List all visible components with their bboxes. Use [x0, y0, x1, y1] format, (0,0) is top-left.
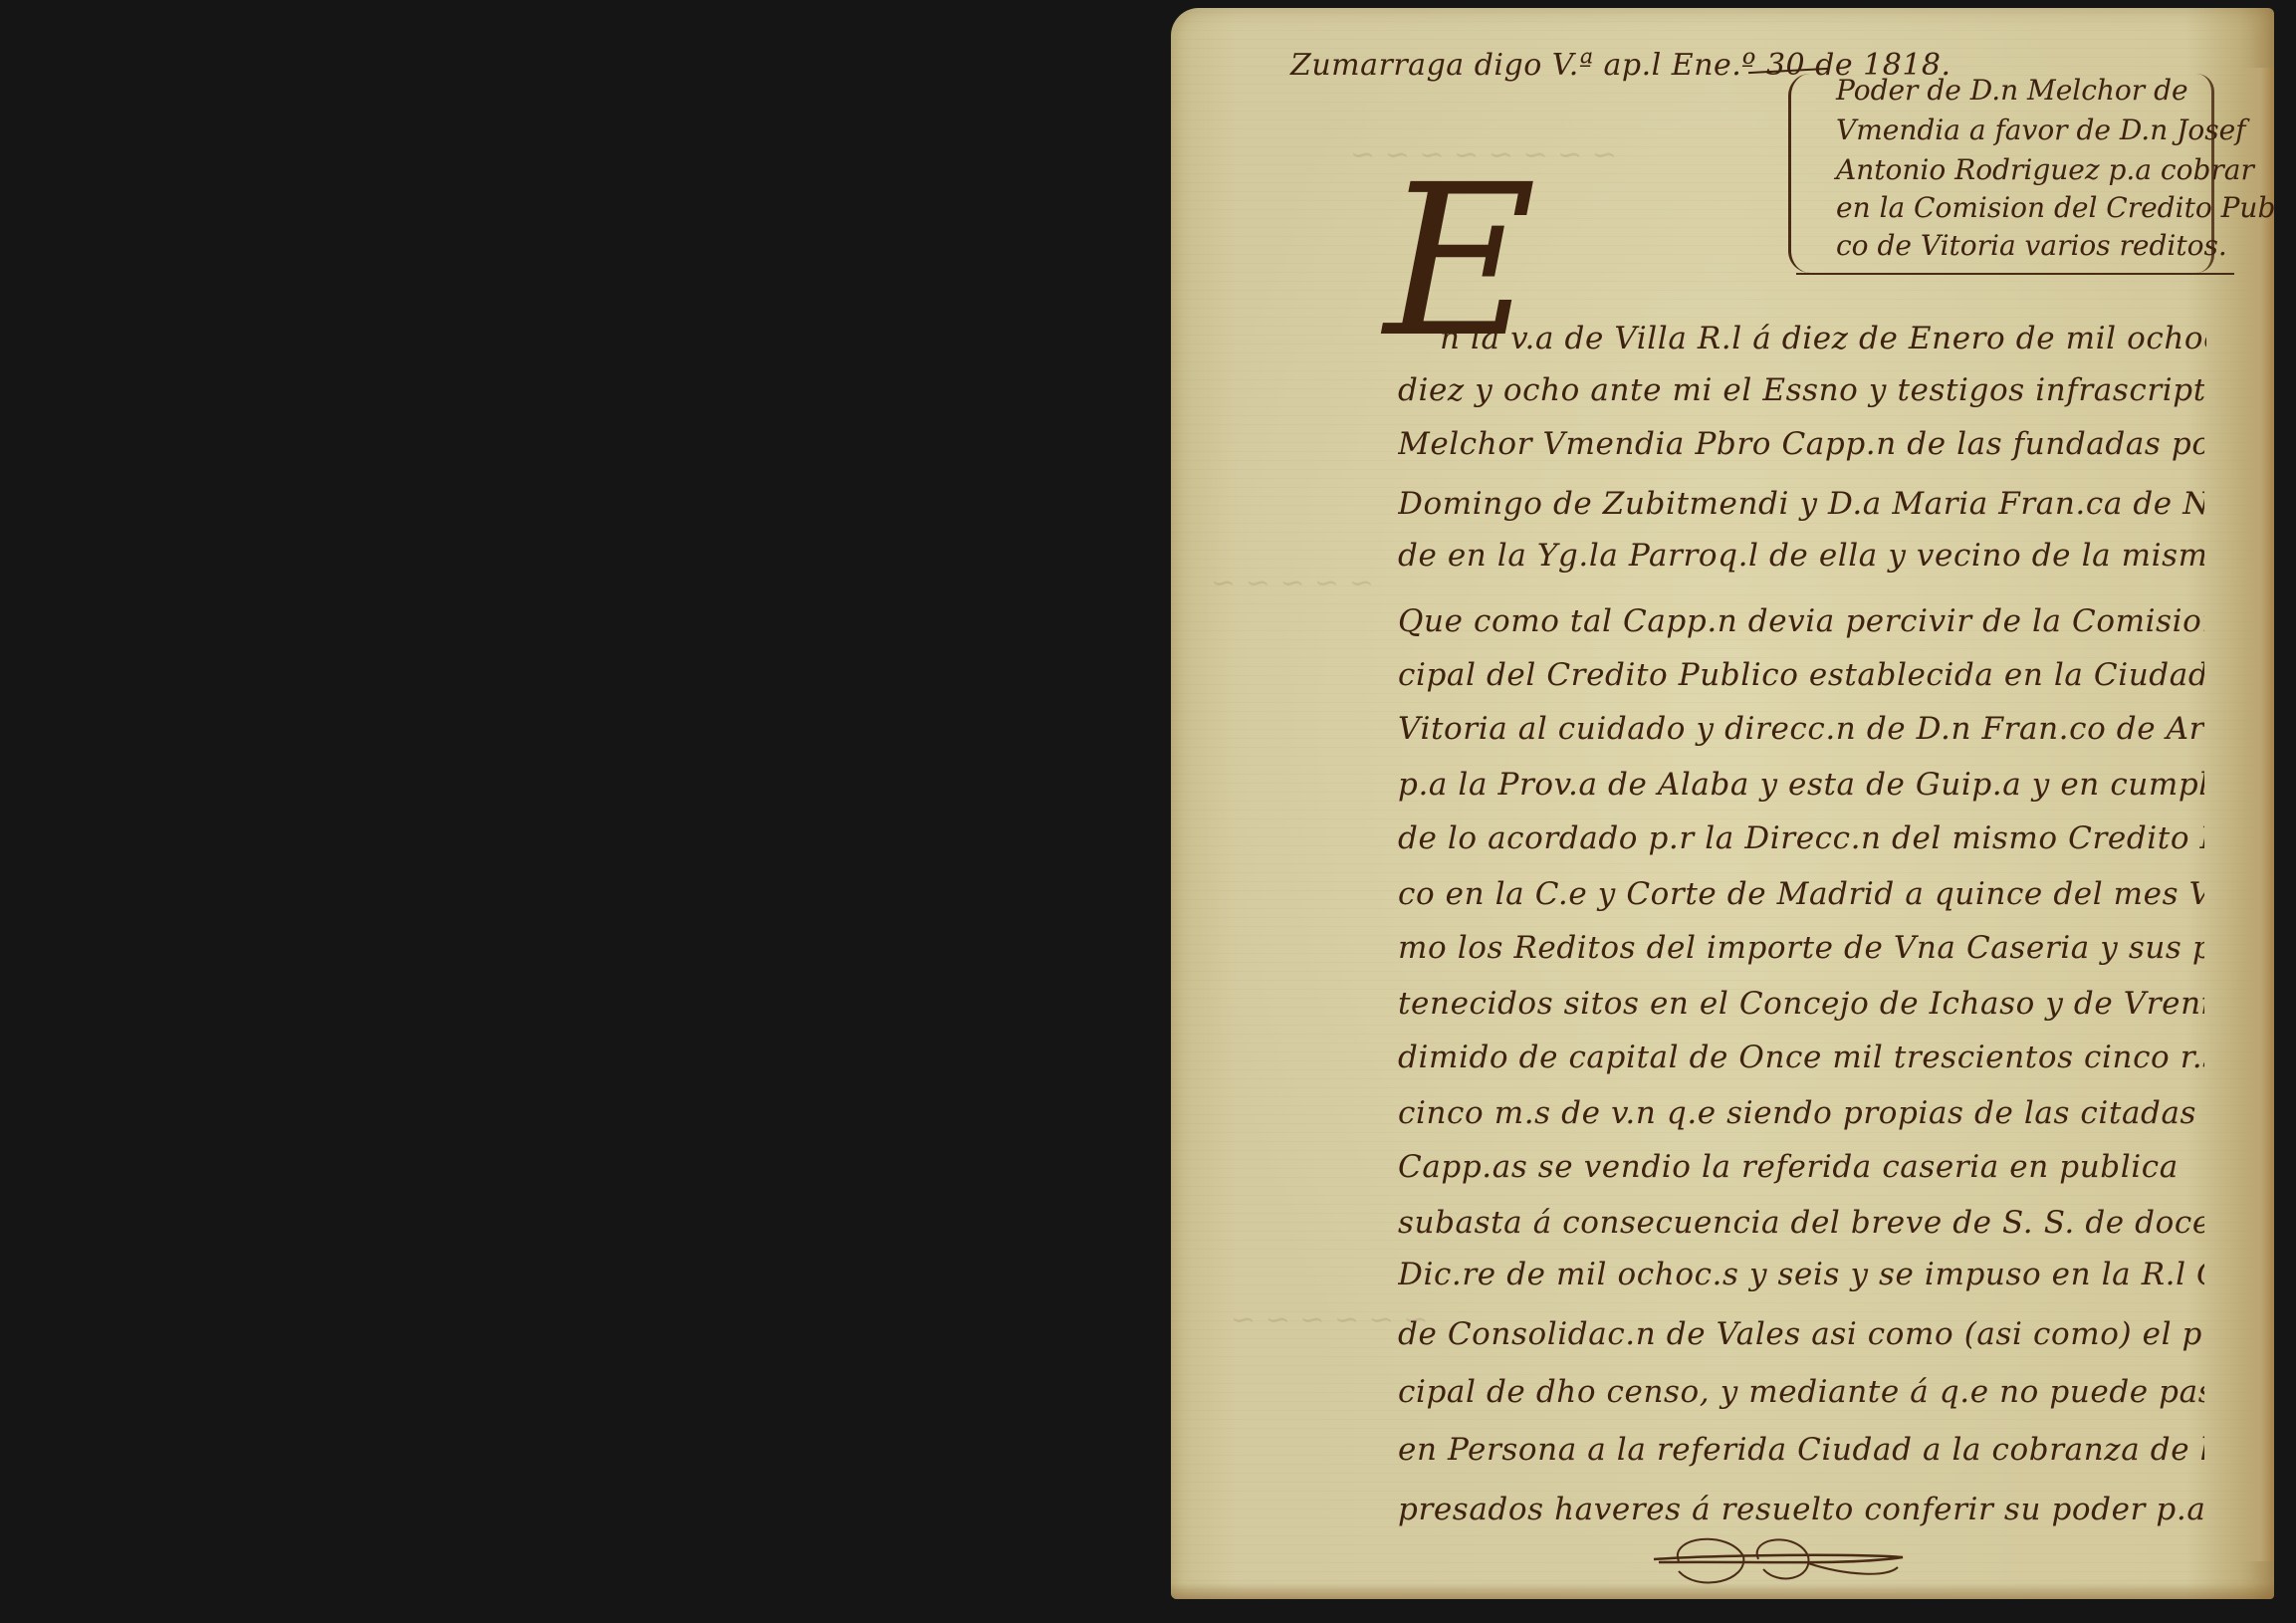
body-line: Melchor Vmendia Pbro Capp.n de las funda…: [1398, 424, 2204, 464]
body-line: n la v.a de Villa R.l á diez de Enero de…: [1440, 319, 2206, 358]
document-viewer: ~ ~ ~ ~ ~ ~ ~ ~ ~ ~ ~ ~ ~ ~ ~ ~ ~ ~ ~ Zu…: [0, 0, 2296, 1623]
summary-line: Antonio Rodriguez p.a cobrar: [1836, 153, 2254, 186]
body-line: cipal de dho censo, y mediante á q.e no …: [1398, 1372, 2204, 1412]
body-line: cinco m.s de v.n q.e siendo propias de l…: [1398, 1093, 2204, 1133]
summary-line: Poder de D.n Melchor de: [1836, 74, 2188, 107]
body-line: p.a la Prov.a de Alaba y esta de Guip.a …: [1398, 765, 2204, 805]
body-line: co en la C.e y Corte de Madrid a quince …: [1398, 874, 2204, 914]
body-line: de lo acordado p.r la Direcc.n del mismo…: [1398, 818, 2204, 858]
closing-rubric-flourish: [1649, 1531, 1908, 1591]
body-line: subasta á consecuencia del breve de S. S…: [1398, 1203, 2204, 1243]
body-line: diez y ocho ante mi el Essno y testigos …: [1398, 370, 2204, 410]
body-line: Capp.as se vendio la referida caseria en…: [1398, 1147, 2204, 1187]
body-line: de Consolidac.n de Vales asi como (asi c…: [1398, 1314, 2204, 1354]
body-line: dimido de capital de Once mil tresciento…: [1398, 1038, 2204, 1077]
body-line: cipal del Credito Publico establecida en…: [1398, 655, 2204, 695]
summary-line: en la Comision del Credito Publi-: [1836, 191, 2274, 224]
body-line: de en la Yg.la Parroq.l de ella y vecino…: [1398, 536, 2204, 576]
body-line: en Persona a la referida Ciudad a la cob…: [1398, 1430, 2204, 1470]
page-edge-fold: [2240, 68, 2274, 1561]
summary-line: co de Vitoria varios reditos.: [1836, 229, 2227, 262]
body-line: Vitoria al cuidado y direcc.n de D.n Fra…: [1398, 709, 2204, 749]
left-brace: [1788, 74, 1813, 273]
body-line: Domingo de Zubitmendi y D.a Maria Fran.c…: [1398, 484, 2204, 524]
bleed-through-text: ~ ~ ~ ~ ~: [1211, 566, 1374, 600]
marginal-summary-box: Poder de D.n Melchor de Vmendia a favor …: [1796, 54, 2234, 275]
manuscript-page: ~ ~ ~ ~ ~ ~ ~ ~ ~ ~ ~ ~ ~ ~ ~ ~ ~ ~ ~ Zu…: [1171, 8, 2274, 1599]
body-line: Dic.re de mil ochoc.s y seis y se impuso…: [1398, 1255, 2204, 1294]
body-line: tenecidos sitos en el Concejo de Ichaso …: [1398, 984, 2204, 1024]
summary-line: Vmendia a favor de D.n Josef: [1836, 114, 2246, 146]
body-line: mo los Reditos del importe de Vna Caseri…: [1398, 928, 2204, 968]
body-line: Que como tal Capp.n devia percivir de la…: [1398, 601, 2204, 641]
body-line: presados haveres á resuelto conferir su …: [1398, 1490, 2204, 1529]
